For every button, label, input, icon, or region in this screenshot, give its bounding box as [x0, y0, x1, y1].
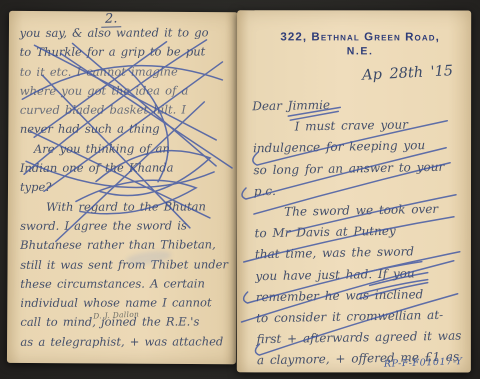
- letter-date: Ap 28th '15: [362, 63, 454, 84]
- handwritten-line: to Thurkle for a grip to be put: [20, 43, 234, 63]
- handwritten-line: never had such a thing: [20, 120, 234, 140]
- left-page-text: you say, & also wanted it to go to Thurk…: [20, 23, 235, 352]
- letter-page-left: 2. you say, & also wanted it to go to Th…: [7, 11, 238, 364]
- handwritten-line: where you got the idea of a: [20, 81, 234, 101]
- handwritten-line: you say, & also wanted it to go: [20, 23, 234, 43]
- handwritten-line: Bhutanese rather than Thibetan,: [20, 236, 234, 256]
- handwritten-line: curved bladed basket hilt. I: [20, 101, 234, 121]
- handwritten-line: type?: [20, 178, 234, 198]
- letter-paper: 2. you say, & also wanted it to go to Th…: [7, 9, 471, 373]
- handwritten-line: to it etc. I cannot imagine: [20, 62, 234, 82]
- photograph-of-letter: { "left_page": { "page_number": "2.", "i…: [0, 0, 480, 379]
- letter-page-right: 322, Bethnal Green Road, N.E. Ap 28th '1…: [237, 10, 471, 372]
- handwritten-line: With regard to the Bhutan: [46, 197, 234, 217]
- handwritten-line: these circumstances. A certain: [20, 274, 234, 294]
- printed-letterhead: 322, Bethnal Green Road, N.E.: [237, 31, 471, 57]
- handwritten-line: Indian one of the Khanda: [20, 158, 234, 178]
- handwritten-line: as a telegraphist, + was attached: [20, 332, 234, 352]
- handwritten-line: sword. I agree the sword is: [20, 216, 234, 236]
- handwritten-line: so long for an answer to your: [253, 156, 468, 181]
- handwritten-line: Are you thinking of an: [34, 139, 234, 159]
- letterhead-address: 322, Bethnal Green Road,: [249, 31, 471, 43]
- right-page-text: Dear Jimmie I must crave your indulgence…: [252, 92, 471, 372]
- letterhead-district: N.E.: [249, 45, 471, 57]
